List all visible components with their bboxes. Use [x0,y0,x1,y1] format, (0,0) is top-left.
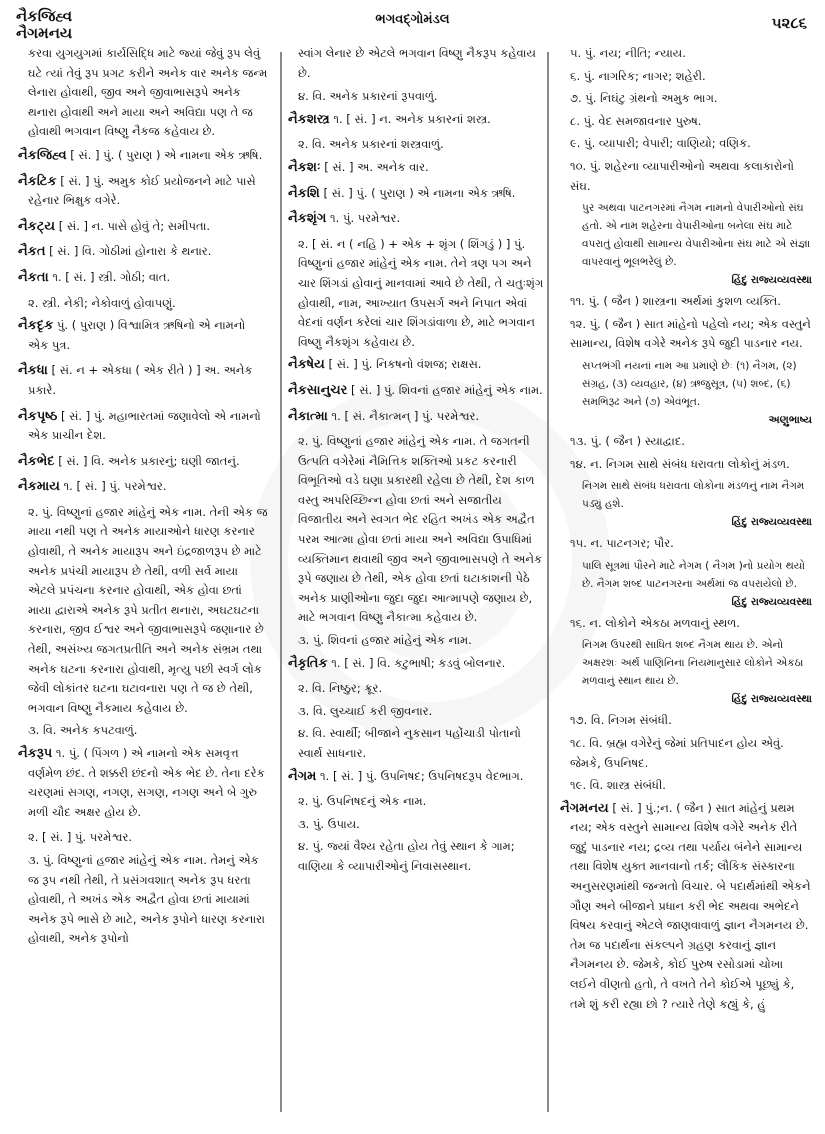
headword: નૈકરૂપ [18,746,52,761]
sense-definition: ૧૯. વિ. શાસ્ત્ર સંબંધી. [560,776,812,796]
dictionary-entry: નૈકપૃષ્ઠ [ સં. ] પું. મહાભારતમાં જણાવેલો… [18,407,268,446]
dictionary-entry: નૈકતા ૧. [ સં. ] સ્ત્રી. ગોઠી; વાત. [18,268,268,288]
dictionary-entry: નૈકરૂપ ૧. પું. ( પિંગળ ) એ નામનો એક સમવૃ… [18,744,268,822]
sense-definition: ૨. પું. વિષ્ણુનાં હજાર માંહેનું એક નામ. … [18,503,268,719]
definition-text: [ સં. ] પું. અમુક કોઈ પ્રયોજનને માટે પાસ… [28,174,256,208]
definition-text: [ સં. ન + એકધા ( એક રીતે ) ] અ. અનેક પ્ર… [28,363,253,397]
sense-definition: ૧૩. પું. ( જૈન ) સ્યાદ્વાદ. [560,432,812,452]
sense-definition: ૩. વિ. લુચ્ચાઈ કરી જીવનાર. [288,702,544,722]
headword: નૈગમનય [560,801,609,816]
dictionary-entry: નૈકત [ સં. ] વિ. ગોઠીમાં હોનારા કે થનાર. [18,242,268,262]
sense-definition: ૬. પું. નાગરિક; નાગર; શહેરી. [560,67,812,87]
headword: નૈકભેદ [18,454,55,469]
quote-source: અણુભાષ્ય [582,411,812,429]
headword: નૈકટિક [18,174,57,189]
definition-text: ૧. પું. પરમેશ્વર. [330,211,400,225]
definition-text: [ સં. ] અ. અનેક વાર. [324,160,428,174]
headword: નૈકસાનુચર [288,383,347,398]
dictionary-entry: નૈકટ્ય [ સં. ] ન. પાસે હોવું તે; સમીપતા. [18,217,268,237]
headword: નૈકશઃ [288,160,321,175]
dictionary-entry: નૈકભેદ [ સં. ] વિ. અનેક પ્રકારનું; ઘણી જ… [18,452,268,472]
sense-definition: ૮. પું. વેદ સમજાવનાર પુરુષ. [560,112,812,132]
column-3: ૫. પું. નય; નીતિ; ન્યાય.૬. પું. નાગરિક; … [560,44,812,1020]
headword: નૈકશૃંગ [288,211,326,226]
sense-definition: ૨. સ્ત્રી. નેકી; નેકોવાળું હોવાપણું. [18,294,268,314]
dictionary-entry: નૈકશિ [ સં. ] પું. ( પુરાણ ) એ નામના એક … [288,184,544,204]
definition-text: [ સં. ] ન. પાસે હોવું તે; સમીપતા. [59,219,210,233]
sense-definition: ૭. પું. નિઘંટુ ગ્રંથનો અમુક ભાગ. [560,89,812,109]
dictionary-entry: નૈકધા [ સં. ન + એકધા ( એક રીતે ) ] અ. અન… [18,361,268,400]
sense-definition: ૨. વિ. નિષ્ઠુર; ક્રૂર. [288,679,544,699]
dictionary-entry: નૈકજિહ્વ [ સં. ] પું. ( પુરાણ ) એ નામના … [18,146,268,166]
sense-definition: ૧૮. વિ. બ્રહ્મ વગેરેનું જેમાં પ્રતિપાદન … [560,734,812,773]
dictionary-entry: નૈકૃતિક ૧. [ સં. ] વિ. કટુભાષી; કડવું બો… [288,654,544,674]
definition-text: [ સં. ] પું. મહાભારતમાં જણાવેલો એ નામનો … [28,409,261,443]
sense-definition: ૧૭. વિ. નિગમ સંબંધી. [560,711,812,731]
sense-definition: ૨. [ સં. ન ( નહિ ) + એક + શૃંગ ( શિંગડું… [288,235,544,353]
column-1: કરવા યુગયુગમાં કાર્યસિદ્ધિ માટે જ્યાં જે… [18,44,268,952]
definition-text: [ સં. ] પું. ( પુરાણ ) એ નામના એક ઋષિ. [70,148,262,162]
sense-definition: ૨. વિ. અનેક પ્રકારનાં શસ્ત્રવાળું. [288,135,544,155]
sense-definition: ૩. વિ. અનેક કપટવાળું. [18,721,268,741]
headword: નૈકશસ્ત્ર [288,112,330,127]
sense-definition: ૧૧. પું. ( જૈન ) શાસ્ત્રના અર્થમાં કુશળ … [560,292,812,312]
definition-text: [ સં. ] પું.;ન. ( જૈન ) સાત માંહેનું પ્ર… [570,801,811,1011]
definition-text: ૧. [ સં. નૈકાત્મન્ ] પું. પરમેશ્વર. [332,409,480,423]
headword: નૈકજિહ્વ [18,148,67,163]
citation-quote: સપ્તભંગી નયનાં નામ આ પ્રમાણે છેઃ (૧) નૈગ… [560,357,812,429]
column-divider-2 [547,52,549,1112]
headword: નૈકટ્ય [18,219,55,234]
sense-definition: ૫. પું. નય; નીતિ; ન્યાય. [560,44,812,64]
dictionary-entry: નૈકશસ્ત્ર ૧. [ સં. ] ન. અનેક પ્રકારનાં શ… [288,110,544,130]
dictionary-entry: નૈકાત્મા ૧. [ સં. નૈકાત્મન્ ] પું. પરમેશ… [288,407,544,427]
definition-text: પું. ( પુરાણ ) વિશ્વામિત્ર ઋષિનો એ નામનો… [28,318,245,352]
sense-definition: ૪. વિ. અનેક પ્રકારનાં રૂપવાળું. [288,87,544,107]
dictionary-entry: નૈકશૃંગ ૧. પું. પરમેશ્વર. [288,209,544,229]
definition-text: [ સં. ] વિ. અનેક પ્રકારનું; ઘણી જાતનું. [58,454,239,468]
book-title: ભગવદ્ગોમંડલ [0,12,825,27]
quote-text: સપ્તભંગી નયનાં નામ આ પ્રમાણે છેઃ (૧) નૈગ… [582,360,797,408]
sense-definition: ૨. [ સં. ] પું. પરમેશ્વર. [18,828,268,848]
sense-definition: ૩. પું. શિવનાં હજાર માંહેનું એક નામ. [288,631,544,651]
guide-word-last: નૈગમનય [16,25,72,42]
sense-definition: ૧૬. ન. લોકોને એકઠા મળવાનું સ્થળ. [560,614,812,634]
quote-text: પાલિ સૂત્રમાં પૌરને માટે નેગમ ( નૈગમ )નો… [582,560,805,590]
sense-definition: ૧૨. પું. ( જૈન ) સાત માંહેનો પહેલો નય; એ… [560,315,812,354]
sense-definition: ૪. પું. જ્યાં વૈશ્ય રહેતા હોય તેવું સ્થા… [288,837,544,876]
dictionary-entry: નૈકષેય [ સં. ] પું. નિકષનો વંશજ; રાક્ષસ. [288,355,544,375]
dictionary-entry: નૈગમ ૧. [ સં. ] પું. ઉપનિષદ; ઉપનિષદરૂપ વ… [288,767,544,787]
headword: નૈકધા [18,363,48,378]
page-header: નૈકજિહ્વ નૈગમનય ભગવદ્ગોમંડલ ૫૨૮૬ [0,0,825,48]
definition-text: ૧. [ સં. ] વિ. કટુભાષી; કડવું બોલનાર. [331,656,505,670]
headword: નૈકતા [18,270,49,285]
quote-source: હિંદુ રાજ્યવ્યવસ્થા [582,271,812,289]
sense-definition: ૩. પું. વિષ્ણુનાં હજાર માંહેનું એક નામ. … [18,851,268,949]
definition-text: [ સં. ] પું. નિકષનો વંશજ; રાક્ષસ. [328,357,481,371]
definition-text: ૧. પું. ( પિંગળ ) એ નામનો એક સમવૃત્ત વર્… [28,746,265,819]
citation-quote: પુર અથવા પાટનગરમાં નૈગમ નામનો વેપારીઓનો … [560,199,812,289]
headword: નૈકાત્મા [288,409,328,424]
quote-source: હિંદુ રાજ્યવ્યવસ્થા [582,593,812,611]
definition-text: ૧. [ સં. ] પું. ઉપનિષદ; ઉપનિષદરૂપ વેદભાગ… [320,769,523,783]
definition-text: ૧. [ સં. ] ન. અનેક પ્રકારનાં શસ્ત્ર. [333,112,490,126]
sense-definition: ૧૦. પું. શહેરના વ્યાપારીઓનો અથવા કલાકારો… [560,157,812,196]
citation-quote: નિગમ ઉપરથી સાધિત શબ્દ નૈગમ થાય છે. એનો અ… [560,636,812,708]
definition-text: ૧. [ સં. ] પું. પરમેશ્વર. [64,479,167,493]
sense-definition: ૧૫. ન. પાટનગર; પૌર. [560,534,812,554]
headword: નૈકષેય [288,357,325,372]
definition-text: [ સં. ] પું. ( પુરાણ ) એ નામના એક ઋષિ. [323,186,515,200]
sense-definition: ૧૪. ન. નિગમ સાથે સંબંધ ધરાવતા લોકોનું મં… [560,455,812,475]
quote-text: પુર અથવા પાટનગરમાં નૈગમ નામનો વેપારીઓનો … [582,202,810,268]
quote-source: હિંદુ રાજ્યવ્યવસ્થા [582,690,812,708]
citation-quote: પાલિ સૂત્રમાં પૌરને માટે નેગમ ( નૈગમ )નો… [560,557,812,611]
dictionary-entry: નૈકશઃ [ સં. ] અ. અનેક વાર. [288,158,544,178]
column-divider-1 [280,52,282,1112]
definition-text: [ સં. ] વિ. ગોઠીમાં હોનારા કે થનાર. [49,244,211,258]
headword: નૈકત [18,244,45,259]
headword: નૈકૃતિક [288,656,328,671]
quote-text: નિગમ ઉપરથી સાધિત શબ્દ નૈગમ થાય છે. એનો અ… [582,639,803,687]
dictionary-entry: નૈકદૃક પું. ( પુરાણ ) વિશ્વામિત્ર ઋષિનો … [18,316,268,355]
headword: નૈકશિ [288,186,320,201]
dictionary-entry: નૈકસાનુચર [ સં. ] પું. શિવનાં હજાર માંહે… [288,381,544,401]
sense-definition: ૪. વિ. સ્વાર્થી; બીજાને નુકસાન પહોંચાડી … [288,724,544,763]
quote-source: હિંદુ રાજ્યવ્યવસ્થા [582,513,812,531]
page-number: ૫૨૮૬ [772,14,807,32]
quote-text: નિગમ સાથે સંબંધ ધરાવતા લોકોના મંડળનું ના… [582,480,804,510]
sense-definition: ૩. પું. ઉપાય. [288,815,544,835]
headword: નૈકમાય [18,479,60,494]
headword: નૈકપૃષ્ઠ [18,409,57,424]
dictionary-entry: નૈકટિક [ સં. ] પું. અમુક કોઈ પ્રયોજનને મ… [18,172,268,211]
sense-definition: ૯. પું. વ્યાપારી; વેપારી; વાણિયો; વણિક. [560,134,812,154]
continued-text: સ્વાંગ લેનાર છે એટલે ભગવાન વિષ્ણુ નૈકરૂપ… [288,44,544,83]
sense-definition: ૨. પું. વિષ્ણુનાં હજાર માંહેનું એક નામ. … [288,432,544,628]
headword: નૈકદૃક [18,318,53,333]
citation-quote: નિગમ સાથે સંબંધ ધરાવતા લોકોના મંડળનું ના… [560,477,812,531]
sense-definition: ૨. પું. ઉપનિષદનું એક નામ. [288,792,544,812]
continued-text: કરવા યુગયુગમાં કાર્યસિદ્ધિ માટે જ્યાં જે… [18,44,268,142]
headword: નૈગમ [288,769,316,784]
definition-text: ૧. [ સં. ] સ્ત્રી. ગોઠી; વાત. [52,270,170,284]
definition-text: [ સં. ] પું. શિવનાં હજાર માંહેનું એક નામ… [351,383,543,397]
column-2: સ્વાંગ લેનાર છે એટલે ભગવાન વિષ્ણુ નૈકરૂપ… [288,44,544,880]
dictionary-entry: નૈગમનય [ સં. ] પું.;ન. ( જૈન ) સાત માંહે… [560,799,812,1015]
dictionary-entry: નૈકમાય ૧. [ સં. ] પું. પરમેશ્વર. [18,477,268,497]
